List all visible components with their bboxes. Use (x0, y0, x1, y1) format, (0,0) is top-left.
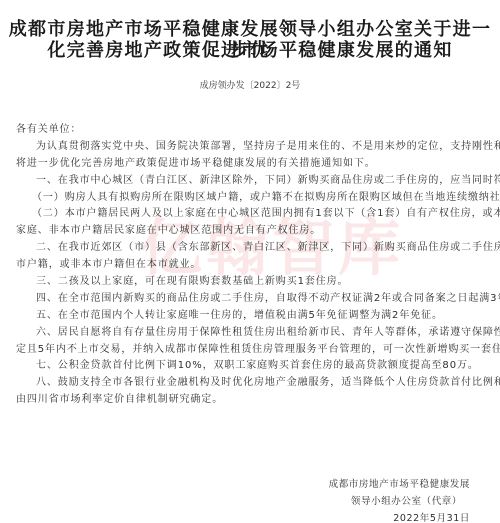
intro-paragraph-line-2: 将进一步优化完善房地产政策促进市场平稳健康发展的有关措施通知如下。 (16, 156, 472, 173)
clause-2-line-1: 二、在我市近郊区（市）县（含东部新区、青白江区、新津区，下同）新购买商品住房或二… (16, 240, 472, 257)
clause-3: 三、二孩及以上家庭，可在现有限购套数基础上新购买1套住房。 (16, 274, 472, 291)
document-body: 各有关单位： 为认真贯彻落实党中央、国务院决策部署，坚持房子是用来住的、不是用来… (16, 122, 472, 409)
clause-5: 五、在全市范围内个人转让家庭唯一住房的，增值税由满5年免征调整为满2年免征。 (16, 308, 472, 325)
signature-block: 成都市房地产市场平稳健康发展 领导小组办公室（代章） 2022年5月31日 (329, 476, 470, 523)
clause-1-item-2-line-1: （二）本市户籍居民两人及以上家庭在中心城区范围内拥有1套以下（含1套）自有产权住… (16, 206, 472, 223)
signature-org-line-1: 成都市房地产市场平稳健康发展 (329, 476, 470, 493)
clause-1: 一、在我市中心城区（青白江区、新津区除外，下同）新购买商品住房或二手住房的，应当… (16, 173, 472, 190)
document-number: 成房领办发〔2022〕2号 (0, 78, 500, 91)
clause-1-item-2-line-2: 家庭、非本市户籍居民家庭在中心城区范围内无自有产权住房。 (16, 223, 472, 240)
clause-4: 四、在全市范围内新购买的商品住房或二手住房，自取得不动产权证满2年或合同备案之日… (16, 291, 472, 308)
document-page: 亿翰智库 成都市房地产市场平稳健康发展领导小组办公室关于进一步优 化完善房地产政… (0, 0, 500, 523)
clause-8-line-1: 八、鼓励支持全市各银行业金融机构及时优化房地产金融服务，适当降低个人住房贷款首付… (16, 375, 472, 392)
document-title-line-2: 化完善房地产政策促进市场平稳健康发展的通知 (0, 40, 500, 61)
clause-7: 七、公积金贷款首付比例下调10%，双职工家庭购买首套住房的最高贷款额度提高至80… (16, 358, 472, 375)
clause-8-line-2: 由四川省市场利率定价自律机制研究确定。 (16, 392, 472, 409)
clause-1-item-1: （一）购房人具有拟购房所在限购区域户籍，或户籍不在拟购房所在限购区域但在当地连续… (16, 190, 472, 207)
clause-6-line-2: 定且5年内不上市交易，并纳入成都市保障性租赁住房管理服务平台管理的，可一次性新增… (16, 342, 472, 359)
signature-date: 2022年5月31日 (329, 510, 470, 523)
signature-org-line-2: 领导小组办公室（代章） (329, 493, 470, 510)
salutation: 各有关单位： (16, 122, 472, 139)
clause-2-line-2: 市户籍，或非本市户籍但在本市就业。 (16, 257, 472, 274)
intro-paragraph-line-1: 为认真贯彻落实党中央、国务院决策部署，坚持房子是用来住的、不是用来炒的定位，支持… (16, 139, 472, 156)
clause-6-line-1: 六、居民自愿将自有存量住房用于保障性租赁住房出租给新市民、青年人等群体，承诺遵守… (16, 325, 472, 342)
